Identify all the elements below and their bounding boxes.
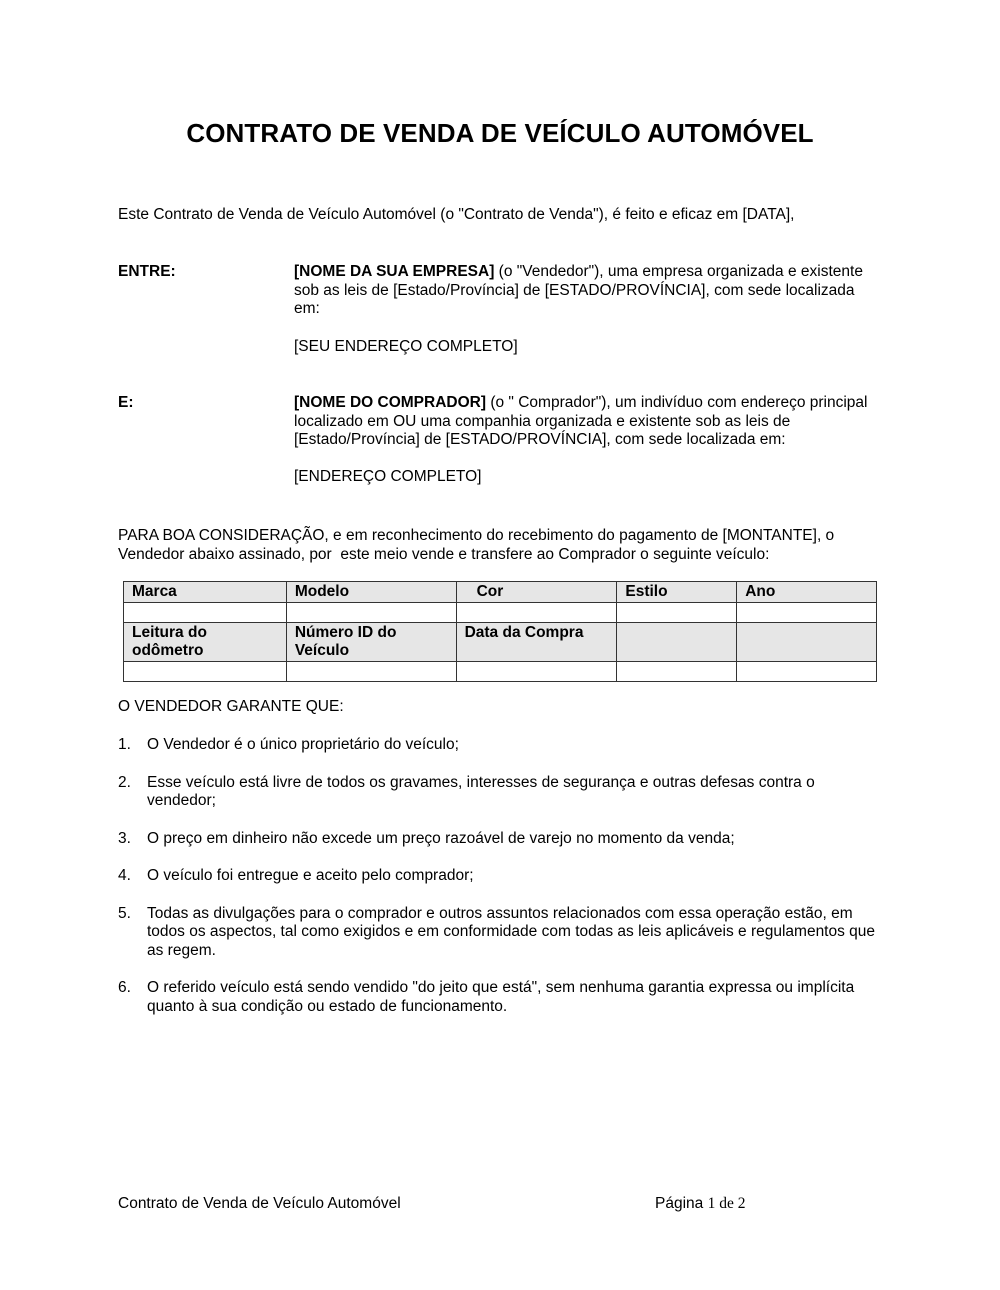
list-item: 4.O veículo foi entregue e aceito pelo c… bbox=[118, 867, 878, 886]
seller-address: [SEU ENDEREÇO COMPLETO] bbox=[294, 338, 874, 357]
seller-label: ENTRE: bbox=[118, 263, 176, 281]
list-text: O veículo foi entregue e aceito pelo com… bbox=[147, 867, 474, 884]
list-item: 2.Esse veículo está livre de todos os gr… bbox=[118, 774, 878, 811]
value-cor[interactable] bbox=[456, 603, 617, 623]
value-modelo[interactable] bbox=[286, 603, 456, 623]
page-label: Página bbox=[655, 1195, 708, 1212]
header-ano: Ano bbox=[737, 582, 877, 603]
list-text: O referido veículo está sendo vendido "d… bbox=[147, 979, 854, 1015]
consideration-paragraph: PARA BOA CONSIDERAÇÃO, e em reconhecimen… bbox=[118, 526, 898, 564]
list-item: 3.O preço em dinheiro não excede um preç… bbox=[118, 830, 878, 849]
list-number: 1. bbox=[118, 736, 131, 755]
value-ano[interactable] bbox=[737, 603, 877, 623]
warranty-heading: O VENDEDOR GARANTE QUE: bbox=[118, 698, 344, 716]
header-numero-id: Número ID do Veículo bbox=[286, 623, 456, 662]
list-item: 5.Todas as divulgações para o comprador … bbox=[118, 905, 878, 961]
list-item: 6.O referido veículo está sendo vendido … bbox=[118, 979, 878, 1016]
document-title: CONTRATO DE VENDA DE VEÍCULO AUTOMÓVEL bbox=[0, 118, 1000, 149]
list-number: 2. bbox=[118, 774, 131, 793]
header-odometro: Leitura do odômetro bbox=[124, 623, 287, 662]
header-empty-2 bbox=[737, 623, 877, 662]
value-marca[interactable] bbox=[124, 603, 287, 623]
list-number: 4. bbox=[118, 867, 131, 886]
list-text: O preço em dinheiro não excede um preço … bbox=[147, 830, 735, 847]
value-numero-id[interactable] bbox=[286, 662, 456, 682]
buyer-paragraph: [NOME DO COMPRADOR] (o " Comprador"), um… bbox=[294, 394, 874, 450]
header-marca: Marca bbox=[124, 582, 287, 603]
header-cor: Cor bbox=[456, 582, 617, 603]
table-row: Leitura do odômetro Número ID do Veículo… bbox=[124, 623, 877, 662]
table-row bbox=[124, 603, 877, 623]
table-row: Marca Modelo Cor Estilo Ano bbox=[124, 582, 877, 603]
header-modelo: Modelo bbox=[286, 582, 456, 603]
list-number: 3. bbox=[118, 830, 131, 849]
header-estilo: Estilo bbox=[617, 582, 737, 603]
value-data-compra[interactable] bbox=[456, 662, 617, 682]
header-data-compra: Data da Compra bbox=[456, 623, 617, 662]
buyer-address: [ENDEREÇO COMPLETO] bbox=[294, 468, 874, 487]
list-number: 6. bbox=[118, 979, 131, 998]
table-row bbox=[124, 662, 877, 682]
list-item: 1.O Vendedor é o único proprietário do v… bbox=[118, 736, 878, 755]
list-number: 5. bbox=[118, 905, 131, 924]
page-total: 2 bbox=[738, 1195, 746, 1212]
seller-paragraph: [NOME DA SUA EMPRESA] (o "Vendedor"), um… bbox=[294, 263, 874, 319]
vehicle-table: Marca Modelo Cor Estilo Ano Leitura do o… bbox=[123, 581, 877, 682]
list-text: O Vendedor é o único proprietário do veí… bbox=[147, 736, 459, 753]
value-estilo[interactable] bbox=[617, 603, 737, 623]
buyer-name: [NOME DO COMPRADOR] bbox=[294, 394, 486, 411]
value-empty-1[interactable] bbox=[617, 662, 737, 682]
value-empty-2[interactable] bbox=[737, 662, 877, 682]
intro-paragraph: Este Contrato de Venda de Veículo Automó… bbox=[118, 206, 898, 224]
warranty-list: 1.O Vendedor é o único proprietário do v… bbox=[118, 736, 878, 1035]
buyer-label: E: bbox=[118, 394, 134, 412]
footer-title: Contrato de Venda de Veículo Automóvel bbox=[118, 1195, 401, 1213]
header-empty-1 bbox=[617, 623, 737, 662]
list-text: Todas as divulgações para o comprador e … bbox=[147, 905, 875, 959]
seller-name: [NOME DA SUA EMPRESA] bbox=[294, 263, 494, 280]
list-text: Esse veículo está livre de todos os grav… bbox=[147, 774, 815, 810]
page-of: de bbox=[715, 1195, 737, 1212]
value-odometro[interactable] bbox=[124, 662, 287, 682]
page-number: Página 1 de 2 bbox=[655, 1195, 745, 1213]
